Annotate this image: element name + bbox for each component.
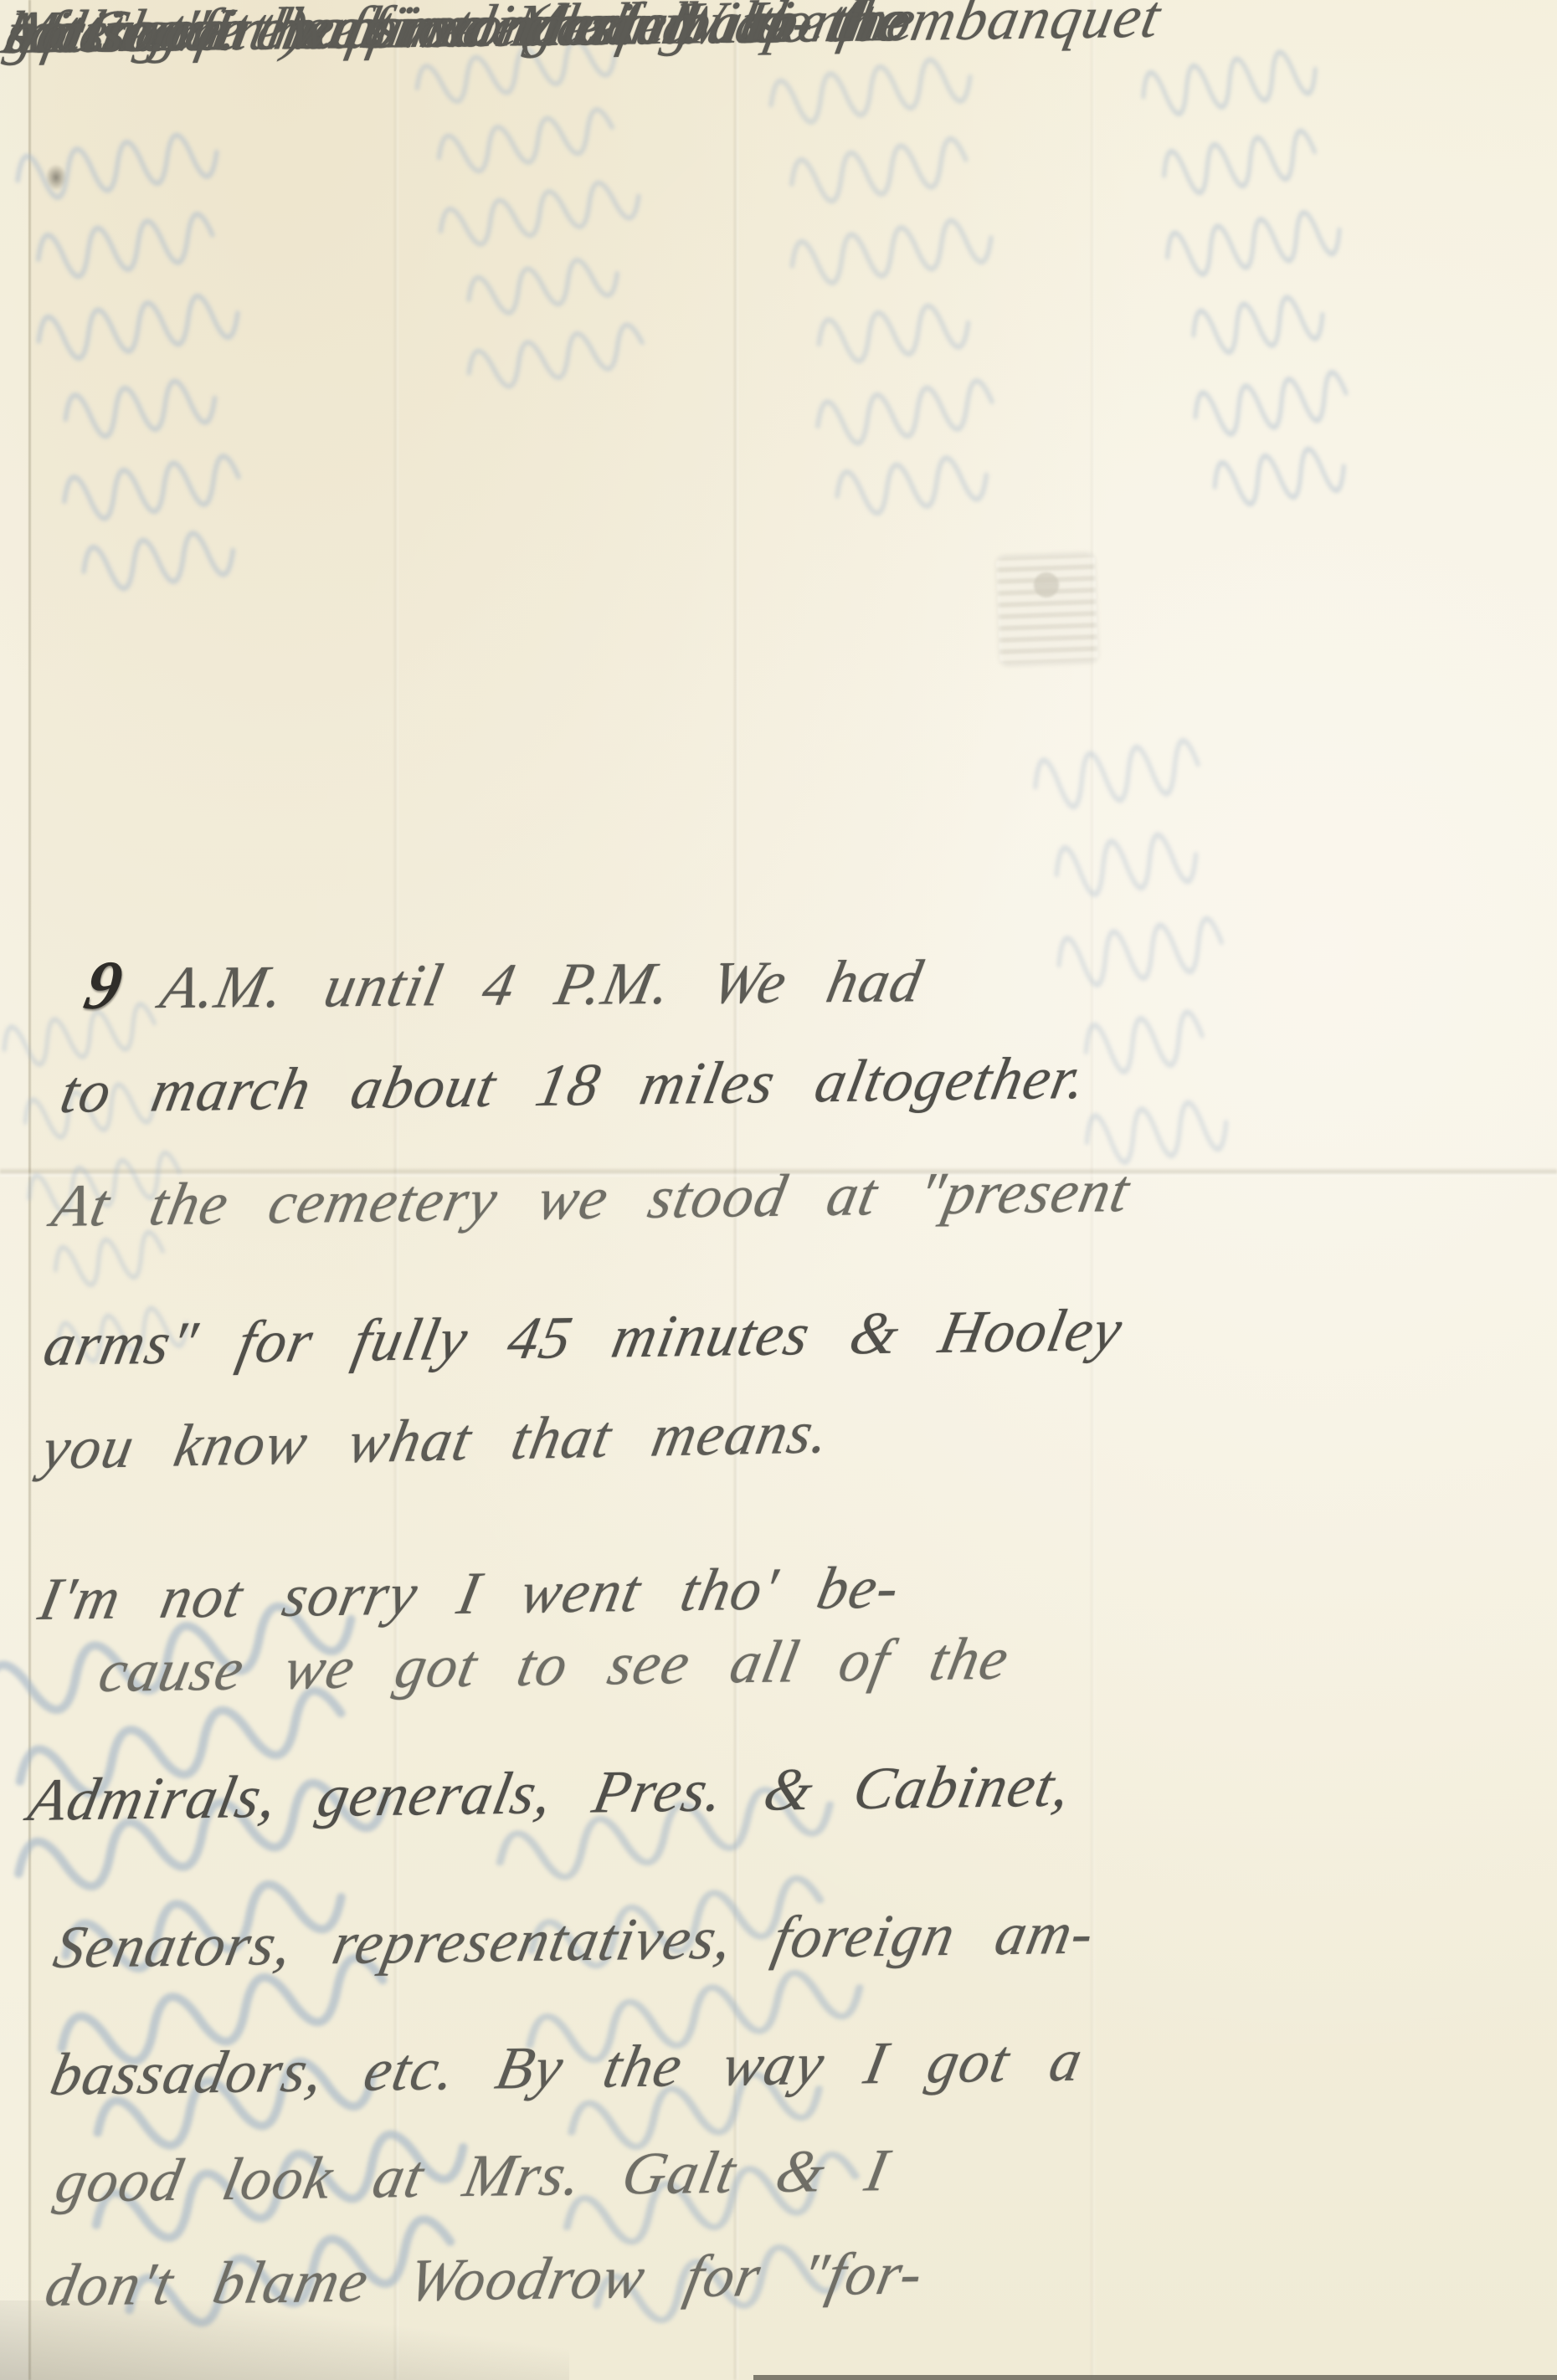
handwriting-text: Admirals, generals, Pres. & Cabinet, [23,1752,1077,1834]
ink-bleed-through-ghost [755,27,1069,526]
scanner-shadow [0,2300,569,2380]
paper-bottom-edge [753,2375,1557,2380]
ink-bleed-through-ghost [2,102,316,601]
handwriting-line: to march about 18 miles altogether. [55,1045,1092,1126]
handwriting-line: cause we got to see all of the [94,1626,1015,1705]
handwriting-text: to march about 18 miles altogether. [55,1044,1093,1126]
handwriting-line: 9 A.M. until 4 P.M. We had [79,940,931,1023]
handwriting-text: arms" for fully 45 minutes & Hooley [39,1296,1128,1378]
handwriting-text: At the cemetery we stood at "present [47,1157,1136,1239]
ink-bleed-through-ghost [1128,19,1416,516]
ink-bleed-through-ghost [401,7,721,462]
handwriting-line: At the cemetery we stood at "present [47,1158,1136,1239]
handwriting-line: Senators, representatives, foreign am- [49,1900,1100,1981]
handwriting-text: I'm not sorry I went tho' be- [33,1553,906,1633]
handwriting-text: Senators, representatives, foreign am- [49,1899,1101,1981]
letter-page: 9 A.M. until 4 P.M. We had to march abou… [0,0,1557,2380]
handwriting-text: A.M. until 4 P.M. We had [115,947,928,1021]
handwriting-line: Admirals, generals, Pres. & Cabinet, [23,1752,1077,1834]
handwriting-line: good look at Mrs. Galt & I [50,2137,895,2215]
handwriting-text: good look at Mrs. Galt & I [50,2136,895,2215]
handwriting-text: bassadors, etc. By the way I got a [45,2027,1089,2108]
handwriting-line: I'm not sorry I went tho' be- [33,1554,906,1633]
embossed-stationery-seal [996,552,1099,666]
handwriting-text: cause we got to see all of the [94,1625,1015,1705]
handwriting-line: arms" for fully 45 minutes & Hooley [39,1297,1128,1378]
